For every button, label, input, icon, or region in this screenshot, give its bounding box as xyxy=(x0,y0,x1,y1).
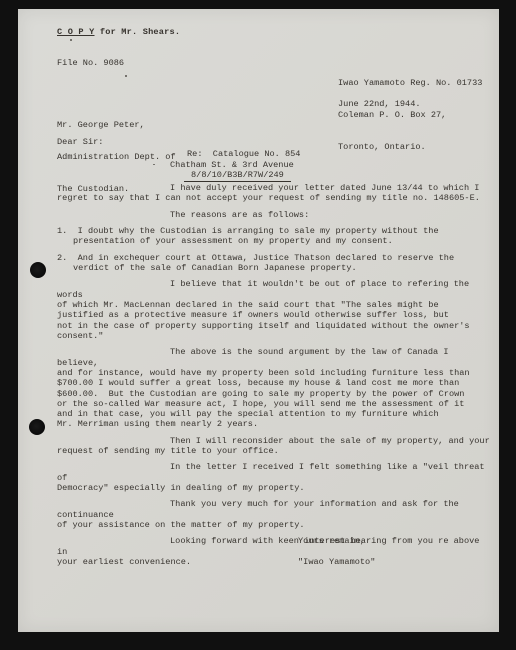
file-number: File No. 9086 xyxy=(57,58,124,68)
letter-page: C O P Y for Mr. Shears. File No. 9086 Iw… xyxy=(18,9,499,632)
re-reference-number: 8/8/10/B3B/R7W/249 xyxy=(184,170,291,182)
signature: "Iwao Yamamoto" xyxy=(298,557,375,567)
letter-paragraph: 2. And in exchequer court at Ottawa, Jus… xyxy=(57,253,490,274)
copy-line-rest: for Mr. Shears. xyxy=(95,27,181,37)
paper-speck xyxy=(125,75,127,77)
letter-body: I have duly received your letter dated J… xyxy=(57,183,490,573)
letter-paragraph: The reasons are as follows: xyxy=(57,210,490,220)
letter-paragraph: The above is the sound argument by the l… xyxy=(57,347,490,429)
sender-line-2: Coleman P. O. Box 27, xyxy=(338,110,482,121)
hole-punch-top xyxy=(30,262,46,278)
hole-punch-bottom xyxy=(29,419,45,435)
copy-label: C O P Y xyxy=(57,27,95,37)
letter-paragraph: Looking forward with keen interest heari… xyxy=(57,536,490,567)
recipient-line-2: Administration Dept. of xyxy=(57,152,176,163)
sender-line-3: Toronto, Ontario. xyxy=(338,142,482,153)
letter-paragraph: 1. I doubt why the Custodian is arrangin… xyxy=(57,226,490,247)
letter-paragraph: In the letter I received I felt somethin… xyxy=(57,462,490,493)
recipient-line-1: Mr. George Peter, xyxy=(57,120,176,131)
letter-paragraph: I believe that it wouldn't be out of pla… xyxy=(57,279,490,341)
letter-paragraph: I have duly received your letter dated J… xyxy=(57,183,490,204)
paper-speck xyxy=(70,39,72,41)
re-line-2: Chatham St. & 3rd Avenue xyxy=(170,160,294,170)
salutation: Dear Sir: xyxy=(57,137,103,147)
letter-paragraph: Thank you very much for your information… xyxy=(57,499,490,530)
sender-address: Iwao Yamamoto Reg. No. 01733 Coleman P. … xyxy=(338,57,482,174)
closing: Yours remain, xyxy=(298,536,365,546)
sender-line-1: Iwao Yamamoto Reg. No. 01733 xyxy=(338,78,482,89)
copy-line: C O P Y for Mr. Shears. xyxy=(57,27,180,37)
re-line-3: 8/8/10/B3B/R7W/249 xyxy=(184,170,291,180)
scan-background: { "letter": { "copy": { "label": "C O P … xyxy=(0,0,516,650)
letter-date: June 22nd, 1944. xyxy=(338,99,421,109)
re-line-1: Re: Catalogue No. 854 xyxy=(187,149,300,159)
letter-paragraph: Then I will reconsider about the sale of… xyxy=(57,436,490,457)
